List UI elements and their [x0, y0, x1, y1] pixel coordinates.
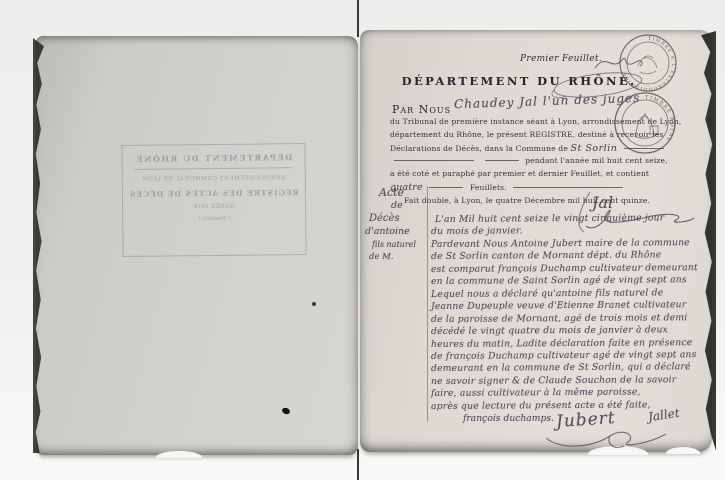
left-page-torn-edge: [33, 38, 44, 453]
preamble-line: département du Rhône, le présent REGISTR…: [390, 130, 686, 139]
filler-rule: [429, 187, 463, 188]
revenue-stamp-extraordinaire-icon: TIMBRE A L'EXTRAORDINAIRE: [616, 32, 680, 94]
ghost-imprint-box: DÉPARTEMENT DU RHÔNE ARRONDISSEMENT COMM…: [121, 143, 306, 257]
margin-note-line: Acte: [363, 186, 427, 199]
margin-note-line: Décès: [363, 212, 427, 225]
preamble-line: Déclarations de Décès, dans la Commune d…: [390, 143, 686, 154]
margin-note-line: d'antoine: [363, 225, 427, 238]
margin-note-line: de M.: [363, 251, 427, 264]
department-title: DÉPARTEMENT DU RHÔNE.: [388, 74, 650, 88]
commune-name-handwritten: St Sorlin: [571, 143, 618, 154]
left-page: DÉPARTEMENT DU RHÔNE ARRONDISSEMENT COMM…: [36, 36, 358, 455]
ghost-imprint-line: DÉPARTEMENT DU RHÔNE: [135, 152, 293, 170]
feuillet-label: Premier Feuillet.: [520, 54, 602, 64]
par-nous-row: Par Nous Chaudey Jal l'un des juges: [392, 98, 692, 117]
act-margin-rule: [427, 186, 428, 422]
preamble-line: du Tribunal de première instance séant à…: [390, 117, 686, 126]
par-nous-label: Par Nous: [392, 103, 451, 116]
declarations-label: Déclarations de Décès, dans la Commune d…: [390, 144, 568, 153]
scanner-background: DÉPARTEMENT DU RHÔNE ARRONDISSEMENT COMM…: [0, 0, 725, 480]
act-body: L'an Mil huit cent seize le vingt cinqui…: [431, 213, 709, 425]
filler-rule: [485, 160, 519, 161]
margin-note-line: de: [363, 199, 427, 212]
feuillets-label: Feuillets.: [470, 183, 507, 192]
filler-rule: [624, 148, 664, 149]
ink-blot: [312, 302, 316, 306]
ghost-imprint-line: ANNÉE 1816: [194, 203, 235, 210]
margin-note-line: fils naturel: [363, 238, 427, 251]
ghost-imprint-line: REGISTRE DES ACTES DE DÉCÈS: [129, 188, 299, 199]
preamble-line: a été coté et paraphé par premier et der…: [390, 169, 686, 178]
preamble-line: pendant l'année mil huit cent seize,: [390, 156, 686, 165]
pendant-label: pendant l'année mil huit cent seize,: [525, 156, 668, 165]
signature-flourish-icon: [540, 422, 680, 452]
right-page: Premier Feuillet. DÉPARTEMENT DU RHÔNE. …: [360, 30, 712, 452]
ghost-imprint-line: ( Feuillets ): [198, 216, 230, 222]
signature-block: Jubert Jallet: [520, 402, 700, 450]
filler-rule: [394, 160, 474, 161]
judge-name-handwritten: Chaudey Jal l'un des juges: [454, 91, 641, 111]
book-spine-line-bottom: [357, 449, 359, 480]
svg-text:Jal: Jal: [589, 193, 613, 212]
book-spine-line-top: [357, 0, 359, 37]
page-bottom-notch: [156, 451, 202, 458]
ghost-imprint-line: ARRONDISSEMENT COMMUNAL DE LYON: [142, 175, 285, 183]
ink-blot: [281, 407, 291, 415]
act-margin-note: Acte de Décès d'antoine fils naturel de …: [363, 186, 427, 264]
